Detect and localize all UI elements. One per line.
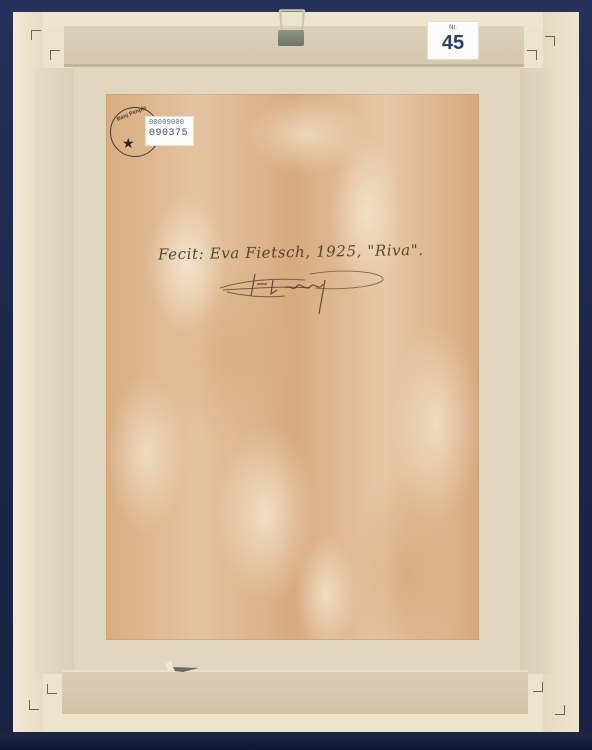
staple-icon [533,682,543,692]
tape-strip-bottom [62,672,528,714]
star-icon: ★ [122,135,135,152]
sticker-line-2: 090375 [146,127,193,139]
staple-icon [47,684,57,694]
staple-icon [555,705,565,715]
inventory-sticker: 00009000 090375 [145,116,194,146]
signature-icon [215,266,390,318]
staple-icon [50,50,60,60]
picture-hanger-icon [276,10,306,48]
artwork-back-photo: Nr. 45 Benj Penple ★ 00009000 090375 Fec… [0,0,592,750]
wood-stretcher-bottom [13,712,579,732]
sticker-line-1: 00009000 [146,117,193,127]
torn-tape-icon [163,660,201,674]
staple-icon [31,30,41,40]
tape-strip-left [34,68,74,674]
staple-icon [29,700,39,710]
tape-strip-right [520,68,552,674]
staple-icon [545,36,555,46]
staple-icon [527,50,537,60]
lot-number: 45 [428,32,478,54]
lot-number-label: Nr. 45 [427,21,479,60]
stained-paper [106,94,479,640]
lot-number-prefix: Nr. [428,25,478,32]
